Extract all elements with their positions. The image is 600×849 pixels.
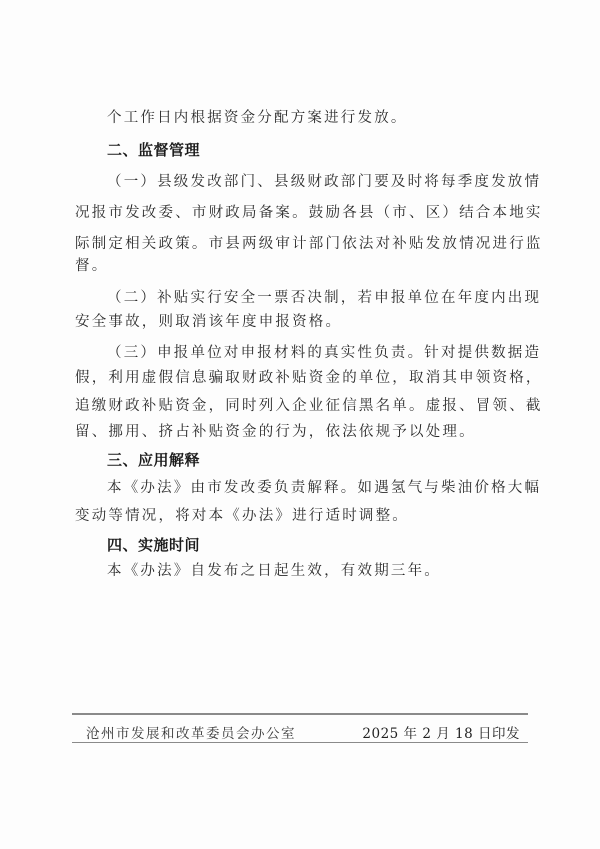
section-heading-effective-date: 四、实施时间 — [107, 535, 557, 555]
paragraph-line: 本《办法》自发布之日起生效，有效期三年。 — [107, 561, 557, 581]
footer-print-date: 2025 年 2 月 18 日印发 — [362, 722, 520, 742]
footer-bottom-rule — [72, 742, 528, 743]
paragraph-line: （三）申报单位对申报材料的真实性负责。针对提供数据造 — [107, 343, 557, 363]
paragraph-line: 安全事故，则取消该年度申报资格。 — [75, 312, 525, 332]
paragraph-line: 际制定相关政策。市县两级审计部门依法对补贴发放情况进行监 — [75, 234, 525, 254]
paragraph-line: 本《办法》由市发改委负责解释。如遇氢气与柴油价格大幅 — [107, 478, 557, 498]
paragraph-line: 个工作日内根据资金分配方案进行发放。 — [107, 108, 557, 128]
paragraph-line: 假，利用虚假信息骗取财政补贴资金的单位，取消其申领资格， — [75, 368, 525, 388]
footer-issuer: 沧州市发展和改革委员会办公室 — [86, 722, 296, 742]
section-heading-supervision: 二、监督管理 — [107, 140, 557, 160]
paragraph-line: 况报市发改委、市财政局备案。鼓励各县（市、区）结合本地实 — [75, 203, 525, 223]
paragraph-line: （一）县级发改部门、县级财政部门要及时将每季度发放情 — [107, 172, 557, 192]
paragraph-line: （二）补贴实行安全一票否决制，若申报单位在年度内出现 — [107, 288, 557, 308]
paragraph-line: 督。 — [75, 256, 525, 276]
paragraph-line: 留、挪用、挤占补贴资金的行为，依法依规予以处理。 — [75, 422, 525, 442]
paragraph-line: 变动等情况，将对本《办法》进行适时调整。 — [75, 506, 525, 526]
footer-top-rule — [72, 713, 528, 715]
section-heading-interpretation: 三、应用解释 — [107, 450, 557, 470]
paragraph-line: 追缴财政补贴资金，同时列入企业征信黑名单。虚报、冒领、截 — [75, 396, 525, 416]
document-page: 个工作日内根据资金分配方案进行发放。 二、监督管理 （一）县级发改部门、县级财政… — [0, 0, 600, 849]
